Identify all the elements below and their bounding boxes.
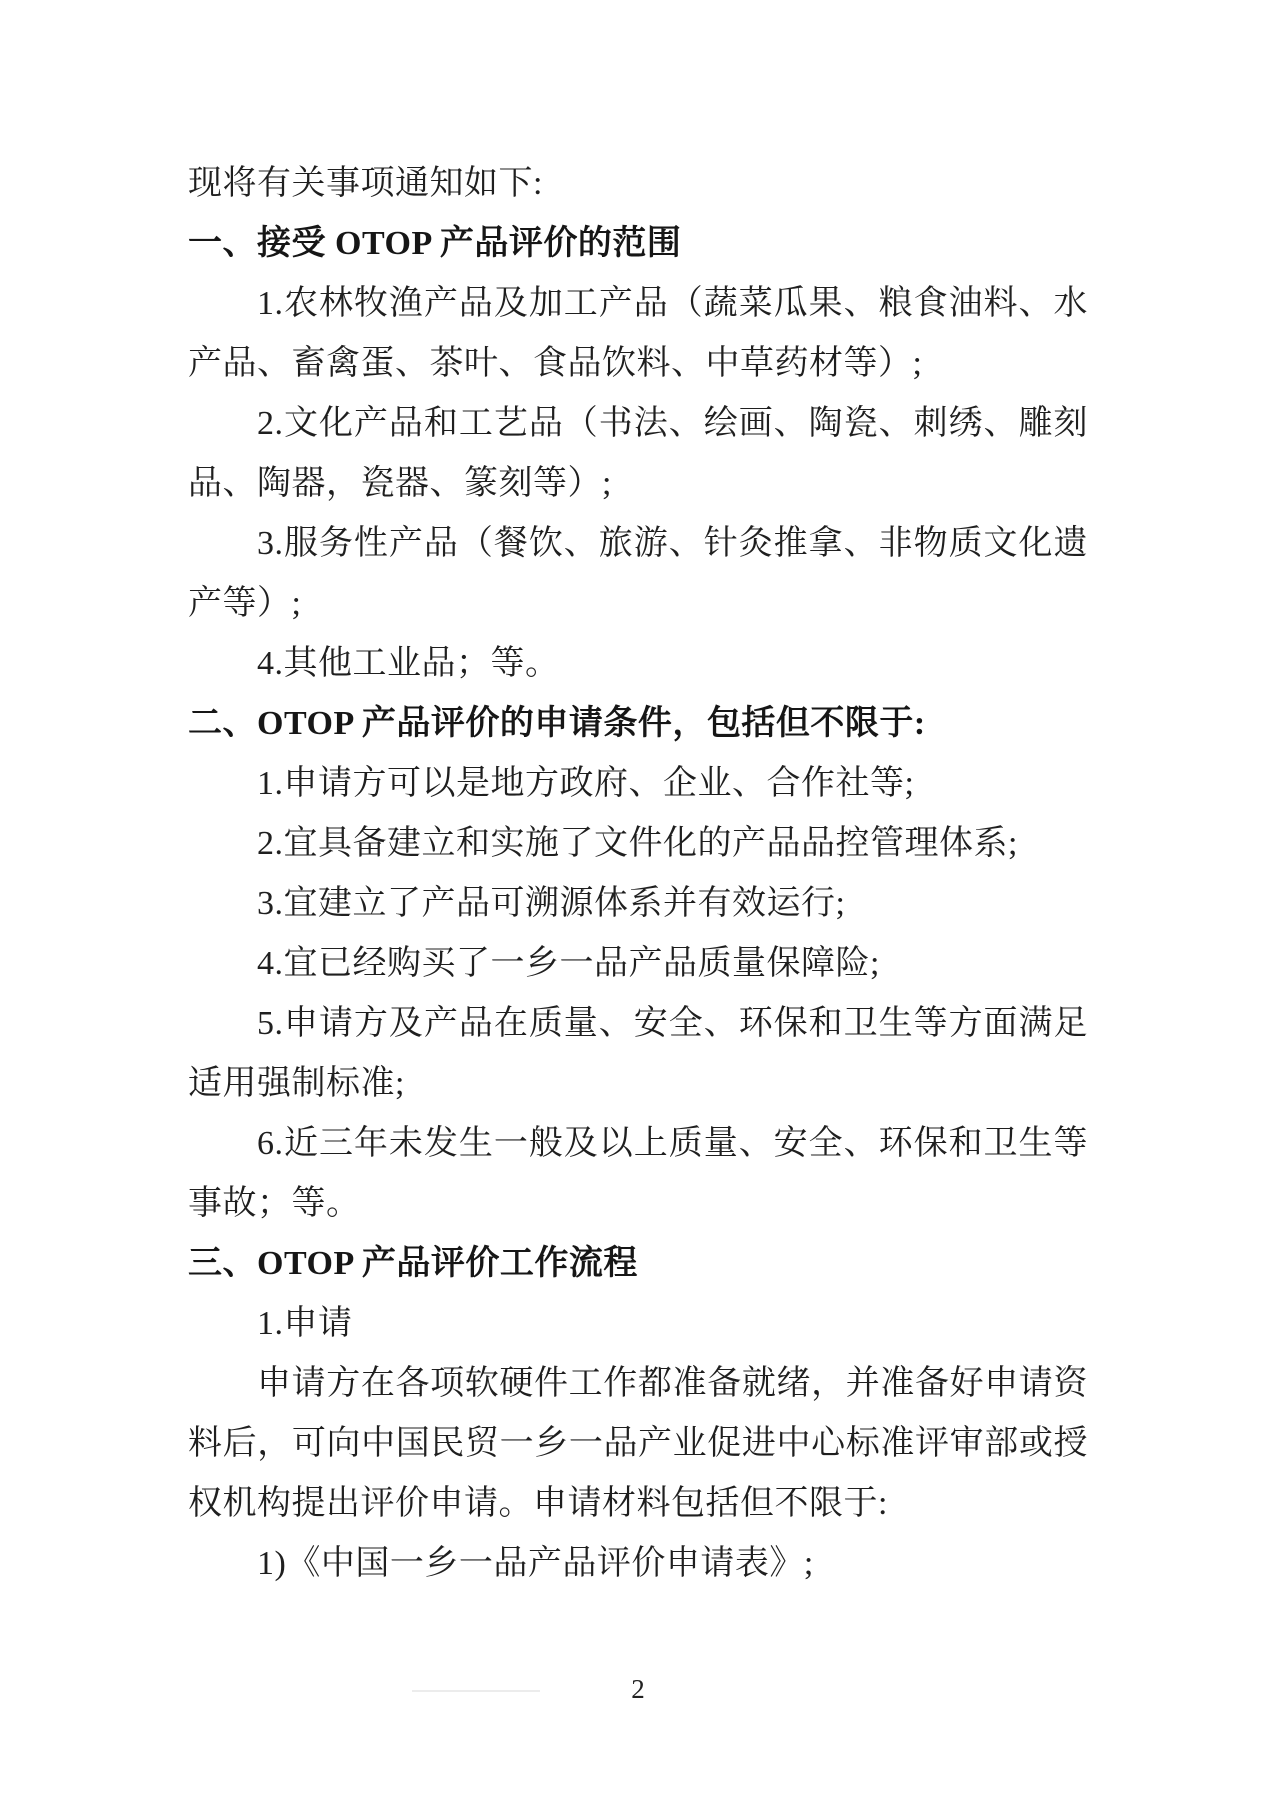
section-heading-2: 二、OTOP 产品评价的申请条件，包括但不限于: — [188, 694, 1088, 754]
body-line: 4.其他工业品；等。 — [188, 634, 1088, 694]
body-line: 料后，可向中国民贸一乡一品产业促进中心标准评审部或授 — [188, 1414, 1088, 1474]
body-line: 4.宜已经购买了一乡一品产品质量保障险; — [188, 934, 1088, 994]
body-line: 1.农林牧渔产品及加工产品（蔬菜瓜果、粮食油料、水 — [188, 274, 1088, 334]
section-heading-3: 三、OTOP 产品评价工作流程 — [188, 1234, 1088, 1294]
body-line: 5.申请方及产品在质量、安全、环保和卫生等方面满足 — [188, 994, 1088, 1054]
page-number: 2 — [188, 1672, 1088, 1706]
intro-line: 现将有关事项通知如下: — [188, 154, 1088, 214]
body-line: 3.服务性产品（餐饮、旅游、针灸推拿、非物质文化遗 — [188, 514, 1088, 574]
document-page: 现将有关事项通知如下: 一、接受 OTOP 产品评价的范围 1.农林牧渔产品及加… — [0, 0, 1280, 1811]
body-line: 适用强制标准; — [188, 1054, 1088, 1114]
body-line: 权机构提出评价申请。申请材料包括但不限于: — [188, 1474, 1088, 1534]
section-heading-1: 一、接受 OTOP 产品评价的范围 — [188, 214, 1088, 274]
document-body: 现将有关事项通知如下: 一、接受 OTOP 产品评价的范围 1.农林牧渔产品及加… — [188, 154, 1088, 1594]
body-line: 1.申请方可以是地方政府、企业、合作社等; — [188, 754, 1088, 814]
body-line: 申请方在各项软硬件工作都准备就绪，并准备好申请资 — [188, 1354, 1088, 1414]
body-line: 品、陶器，瓷器、篆刻等）; — [188, 454, 1088, 514]
body-line: 6.近三年未发生一般及以上质量、安全、环保和卫生等 — [188, 1114, 1088, 1174]
body-line: 2.文化产品和工艺品（书法、绘画、陶瓷、刺绣、雕刻 — [188, 394, 1088, 454]
body-line: 事故；等。 — [188, 1174, 1088, 1234]
body-line: 1)《中国一乡一品产品评价申请表》; — [188, 1534, 1088, 1594]
body-line: 1.申请 — [188, 1294, 1088, 1354]
body-line: 产等）; — [188, 574, 1088, 634]
body-line: 2.宜具备建立和实施了文件化的产品品控管理体系; — [188, 814, 1088, 874]
body-line: 3.宜建立了产品可溯源体系并有效运行; — [188, 874, 1088, 934]
body-line: 产品、畜禽蛋、茶叶、食品饮料、中草药材等）; — [188, 334, 1088, 394]
